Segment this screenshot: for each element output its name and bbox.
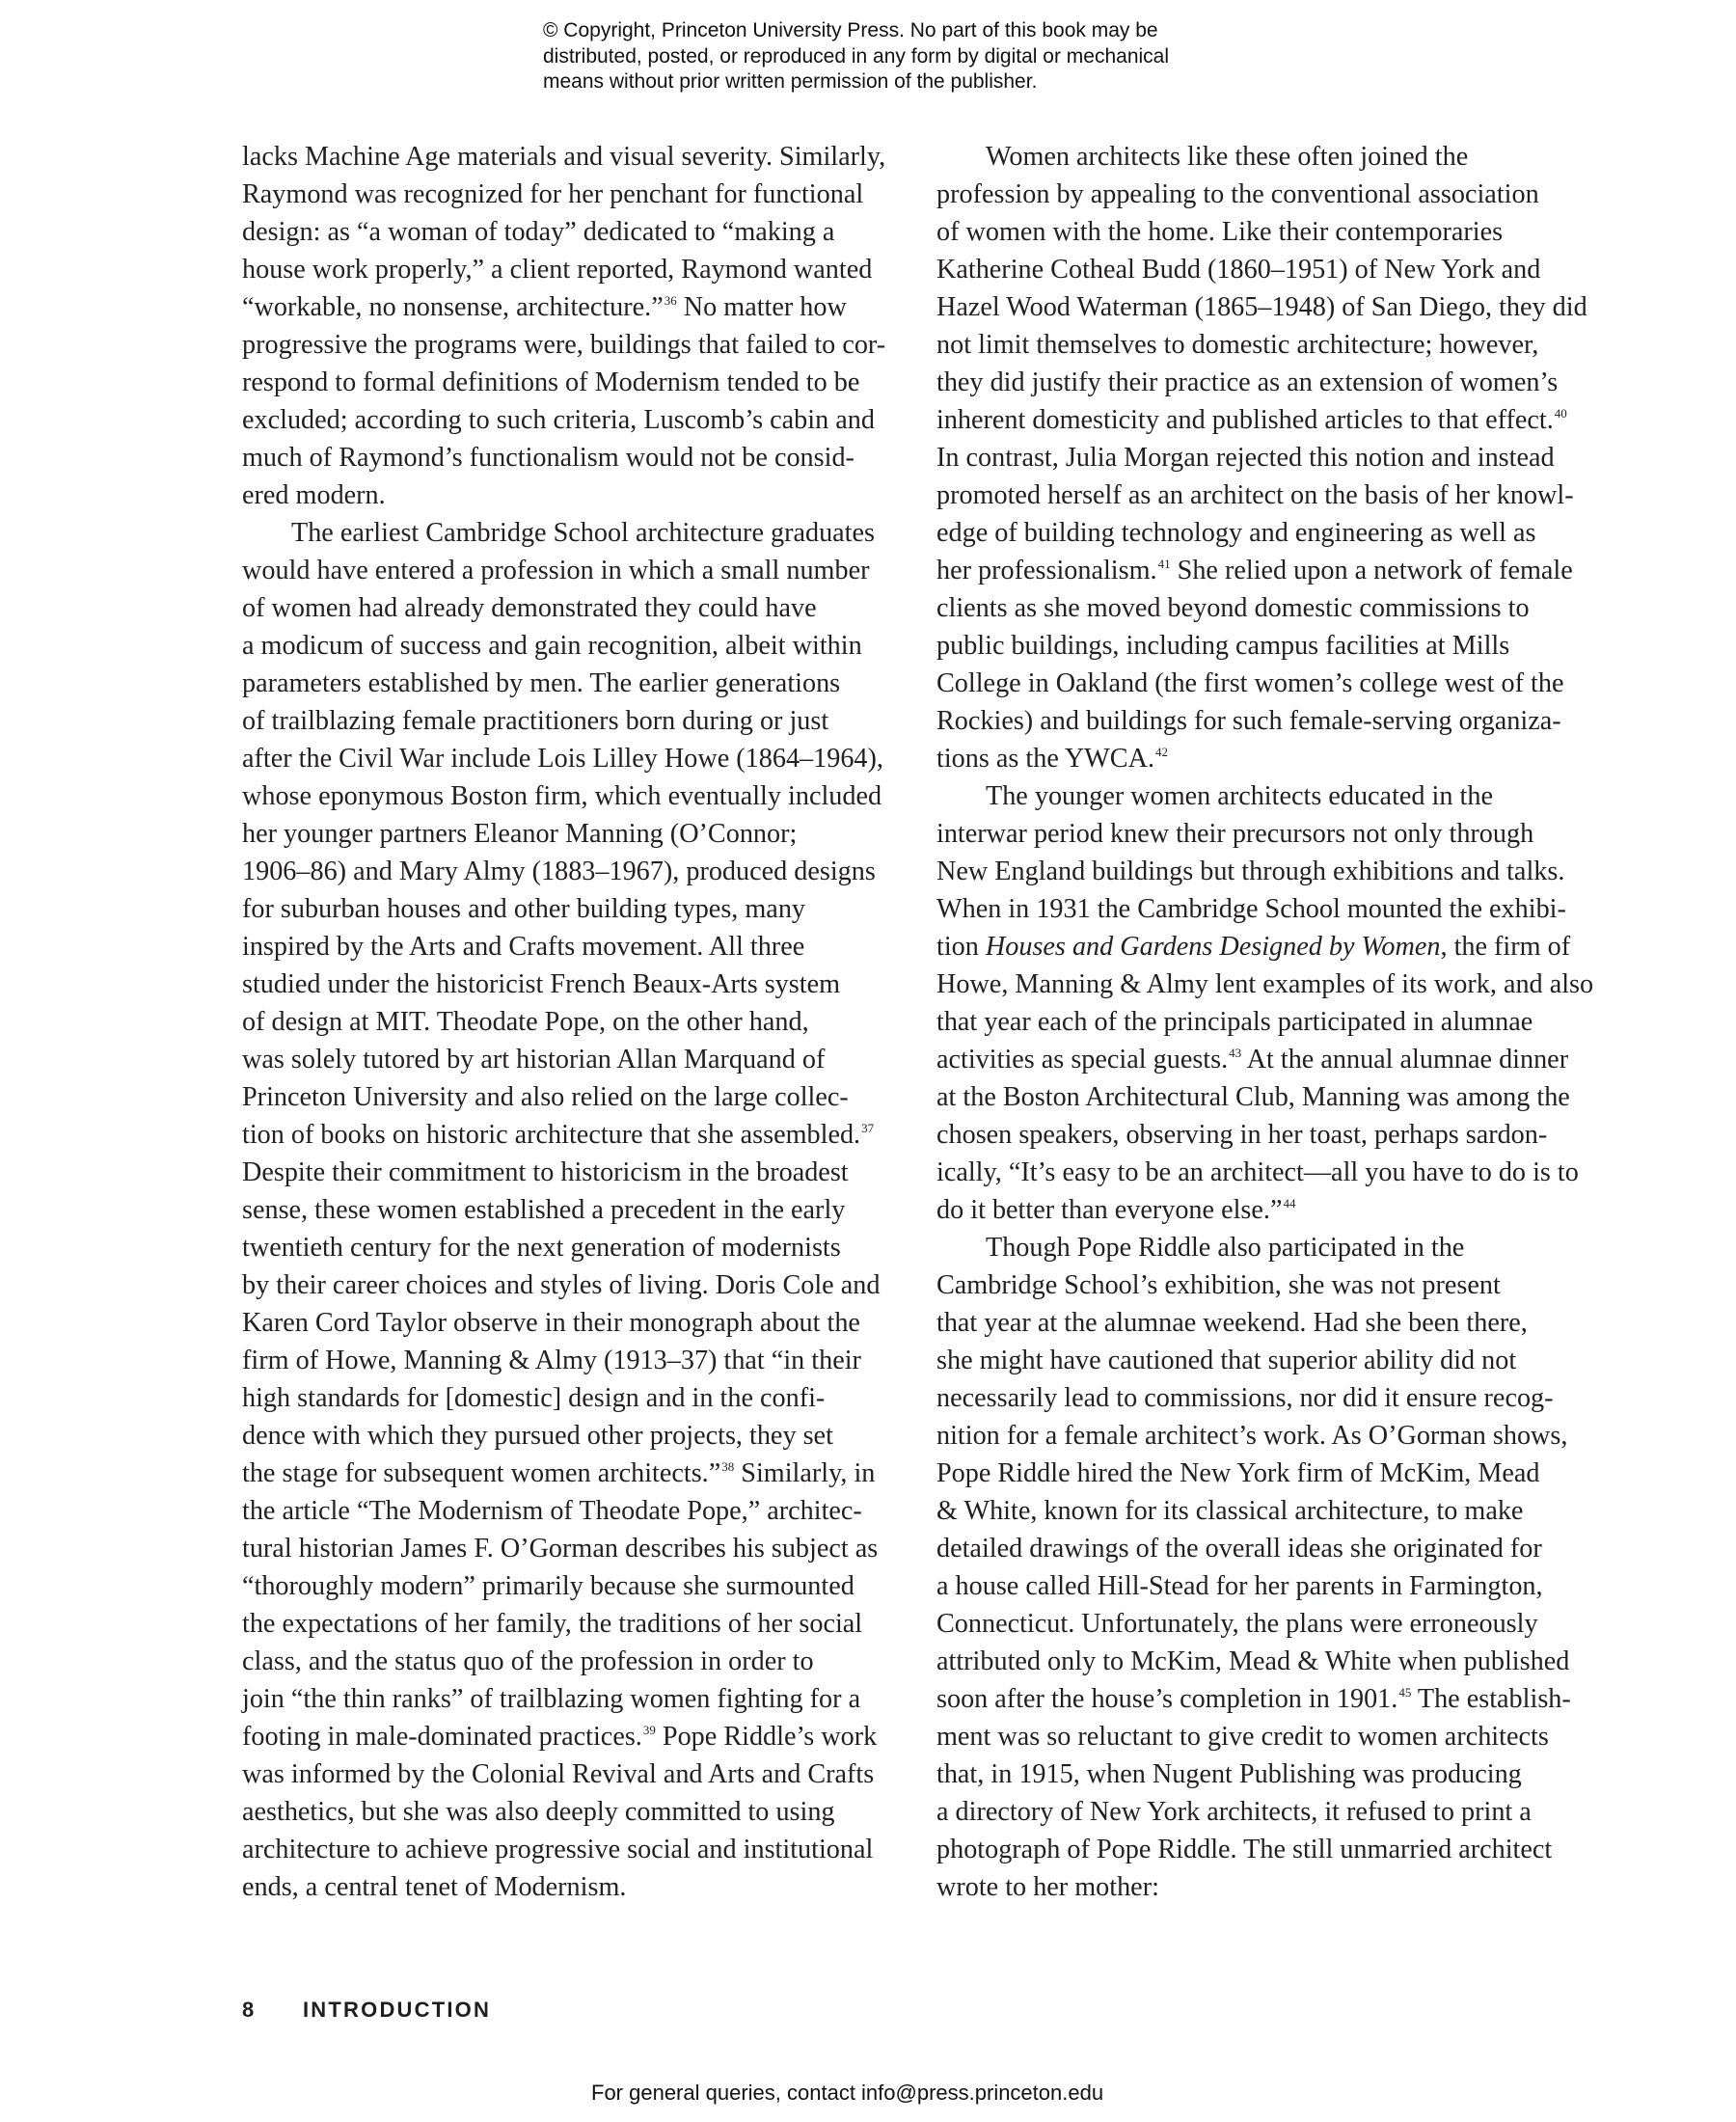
footnote-marker[interactable]: 39	[643, 1723, 656, 1737]
text-line: footing in male-dominated practices.39 P…	[242, 1718, 908, 1755]
text-line: would have entered a profession in which…	[242, 552, 908, 589]
text-line: When in 1931 the Cambridge School mounte…	[936, 890, 1612, 928]
text-line: In contrast, Julia Morgan rejected this …	[936, 439, 1612, 476]
text-line: chosen speakers, observing in her toast,…	[936, 1116, 1612, 1154]
text-line: The younger women architects educated in…	[936, 777, 1612, 815]
text-line: the expectations of her family, the trad…	[242, 1605, 908, 1643]
footnote-marker[interactable]: 45	[1398, 1685, 1411, 1700]
text-line: wrote to her mother:	[936, 1868, 1612, 1906]
text-line: design: as “a woman of today” dedicated …	[242, 213, 908, 251]
footnote-marker[interactable]: 38	[721, 1459, 734, 1474]
text-line: for suburban houses and other building t…	[242, 890, 908, 928]
footnote-marker[interactable]: 43	[1229, 1046, 1241, 1060]
text-line: of design at MIT. Theodate Pope, on the …	[242, 1003, 908, 1041]
text-line: sense, these women established a precede…	[242, 1191, 908, 1229]
text-line: attributed only to McKim, Mead & White w…	[936, 1643, 1612, 1680]
text-line: of trailblazing female practitioners bor…	[242, 702, 908, 740]
text-line: by their career choices and styles of li…	[242, 1266, 908, 1304]
text-line: respond to formal definitions of Moderni…	[242, 364, 908, 401]
footnote-marker[interactable]: 44	[1283, 1196, 1295, 1211]
text-line: “workable, no nonsense, architecture.”36…	[242, 288, 908, 326]
text-line: edge of building technology and engineer…	[936, 514, 1612, 552]
text-line: inspired by the Arts and Crafts movement…	[242, 928, 908, 966]
section-title: INTRODUCTION	[303, 1998, 491, 2023]
text-line: Cambridge School’s exhibition, she was n…	[936, 1266, 1612, 1304]
text-line: was informed by the Colonial Revival and…	[242, 1755, 908, 1793]
copyright-line: means without prior written permission o…	[543, 69, 1169, 95]
general-queries-contact: For general queries, contact info@press.…	[591, 2081, 1103, 2106]
footnote-marker[interactable]: 42	[1155, 745, 1168, 759]
text-line: tion Houses and Gardens Designed by Wome…	[936, 928, 1612, 966]
text-line: class, and the status quo of the profess…	[242, 1643, 908, 1680]
text-line: much of Raymond’s functionalism would no…	[242, 439, 908, 476]
text-line: profession by appealing to the conventio…	[936, 176, 1612, 213]
right-text-column: Women architects like these often joined…	[936, 138, 1612, 1906]
text-line: after the Civil War include Lois Lilley …	[242, 740, 908, 777]
text-line: 1906–86) and Mary Almy (1883–1967), prod…	[242, 853, 908, 890]
text-line: lacks Machine Age materials and visual s…	[242, 138, 908, 176]
text-line: whose eponymous Boston firm, which event…	[242, 777, 908, 815]
text-line: Howe, Manning & Almy lent examples of it…	[936, 966, 1612, 1003]
text-line: the article “The Modernism of Theodate P…	[242, 1492, 908, 1530]
text-line: necessarily lead to commissions, nor did…	[936, 1379, 1612, 1417]
text-line: architecture to achieve progressive soci…	[242, 1831, 908, 1868]
text-line: ends, a central tenet of Modernism.	[242, 1868, 908, 1906]
text-line: they did justify their practice as an ex…	[936, 364, 1612, 401]
text-line: clients as she moved beyond domestic com…	[936, 589, 1612, 627]
text-line: “thoroughly modern” primarily because sh…	[242, 1567, 908, 1605]
text-line: a modicum of success and gain recognitio…	[242, 627, 908, 665]
text-line: a house called Hill-Stead for her parent…	[936, 1567, 1612, 1605]
text-line: her professionalism.41 She relied upon a…	[936, 552, 1612, 589]
text-line: parameters established by men. The earli…	[242, 665, 908, 702]
text-line: not limit themselves to domestic archite…	[936, 326, 1612, 364]
text-line: ment was so reluctant to give credit to …	[936, 1718, 1612, 1755]
text-line: twentieth century for the next generatio…	[242, 1229, 908, 1266]
text-line: tural historian James F. O’Gorman descri…	[242, 1530, 908, 1567]
text-line: do it better than everyone else.”44	[936, 1191, 1612, 1229]
text-line: that year each of the principals partici…	[936, 1003, 1612, 1041]
text-line: progressive the programs were, buildings…	[242, 326, 908, 364]
text-line: studied under the historicist French Bea…	[242, 966, 908, 1003]
text-line: ically, “It’s easy to be an architect—al…	[936, 1154, 1612, 1191]
text-line: & White, known for its classical archite…	[936, 1492, 1612, 1530]
text-line: high standards for [domestic] design and…	[242, 1379, 908, 1417]
text-line: nition for a female architect’s work. As…	[936, 1417, 1612, 1455]
text-line: of women with the home. Like their conte…	[936, 213, 1612, 251]
text-line: ered modern.	[242, 476, 908, 514]
text-line: Raymond was recognized for her penchant …	[242, 176, 908, 213]
text-line: detailed drawings of the overall ideas s…	[936, 1530, 1612, 1567]
footnote-marker[interactable]: 36	[665, 293, 677, 308]
text-line: inherent domesticity and published artic…	[936, 401, 1612, 439]
copyright-line: © Copyright, Princeton University Press.…	[543, 18, 1169, 44]
text-line: The earliest Cambridge School architectu…	[242, 514, 908, 552]
text-line: Pope Riddle hired the New York firm of M…	[936, 1455, 1612, 1492]
text-line: her younger partners Eleanor Manning (O’…	[242, 815, 908, 853]
text-line: Though Pope Riddle also participated in …	[936, 1229, 1612, 1266]
text-line: Hazel Wood Waterman (1865–1948) of San D…	[936, 288, 1612, 326]
text-line: promoted herself as an architect on the …	[936, 476, 1612, 514]
text-line: dence with which they pursued other proj…	[242, 1417, 908, 1455]
copyright-notice: © Copyright, Princeton University Press.…	[543, 18, 1169, 95]
text-line: join “the thin ranks” of trailblazing wo…	[242, 1680, 908, 1718]
text-line: soon after the house’s completion in 190…	[936, 1680, 1612, 1718]
page-number: 8	[242, 1998, 254, 2023]
text-line: was solely tutored by art historian Alla…	[242, 1041, 908, 1078]
footnote-marker[interactable]: 37	[861, 1121, 874, 1135]
text-line: Despite their commitment to historicism …	[242, 1154, 908, 1191]
text-line: Katherine Cotheal Budd (1860–1951) of Ne…	[936, 251, 1612, 288]
text-line: of women had already demonstrated they c…	[242, 589, 908, 627]
text-line: that year at the alumnae weekend. Had sh…	[936, 1304, 1612, 1342]
text-line: firm of Howe, Manning & Almy (1913–37) t…	[242, 1342, 908, 1379]
footnote-marker[interactable]: 40	[1555, 406, 1567, 421]
text-line: College in Oakland (the first women’s co…	[936, 665, 1612, 702]
left-text-column: lacks Machine Age materials and visual s…	[242, 138, 908, 1906]
text-line: Women architects like these often joined…	[936, 138, 1612, 176]
text-line: activities as special guests.43 At the a…	[936, 1041, 1612, 1078]
text-line: New England buildings but through exhibi…	[936, 853, 1612, 890]
text-line: the stage for subsequent women architect…	[242, 1455, 908, 1492]
text-line: interwar period knew their precursors no…	[936, 815, 1612, 853]
text-line: tion of books on historic architecture t…	[242, 1116, 908, 1154]
text-line: Princeton University and also relied on …	[242, 1078, 908, 1116]
text-line: Rockies) and buildings for such female-s…	[936, 702, 1612, 740]
text-line: she might have cautioned that superior a…	[936, 1342, 1612, 1379]
text-line: aesthetics, but she was also deeply comm…	[242, 1793, 908, 1831]
text-line: house work properly,” a client reported,…	[242, 251, 908, 288]
text-line: excluded; according to such criteria, Lu…	[242, 401, 908, 439]
text-line: Connecticut. Unfortunately, the plans we…	[936, 1605, 1612, 1643]
footnote-marker[interactable]: 41	[1158, 557, 1171, 571]
text-line: photograph of Pope Riddle. The still unm…	[936, 1831, 1612, 1868]
text-line: a directory of New York architects, it r…	[936, 1793, 1612, 1831]
copyright-line: distributed, posted, or reproduced in an…	[543, 44, 1169, 70]
text-line: at the Boston Architectural Club, Mannin…	[936, 1078, 1612, 1116]
text-line: Karen Cord Taylor observe in their monog…	[242, 1304, 908, 1342]
text-line: public buildings, including campus facil…	[936, 627, 1612, 665]
text-line: tions as the YWCA.42	[936, 740, 1612, 777]
text-line: that, in 1915, when Nugent Publishing wa…	[936, 1755, 1612, 1793]
italic-title: Houses and Gardens Designed by Women	[986, 932, 1441, 962]
